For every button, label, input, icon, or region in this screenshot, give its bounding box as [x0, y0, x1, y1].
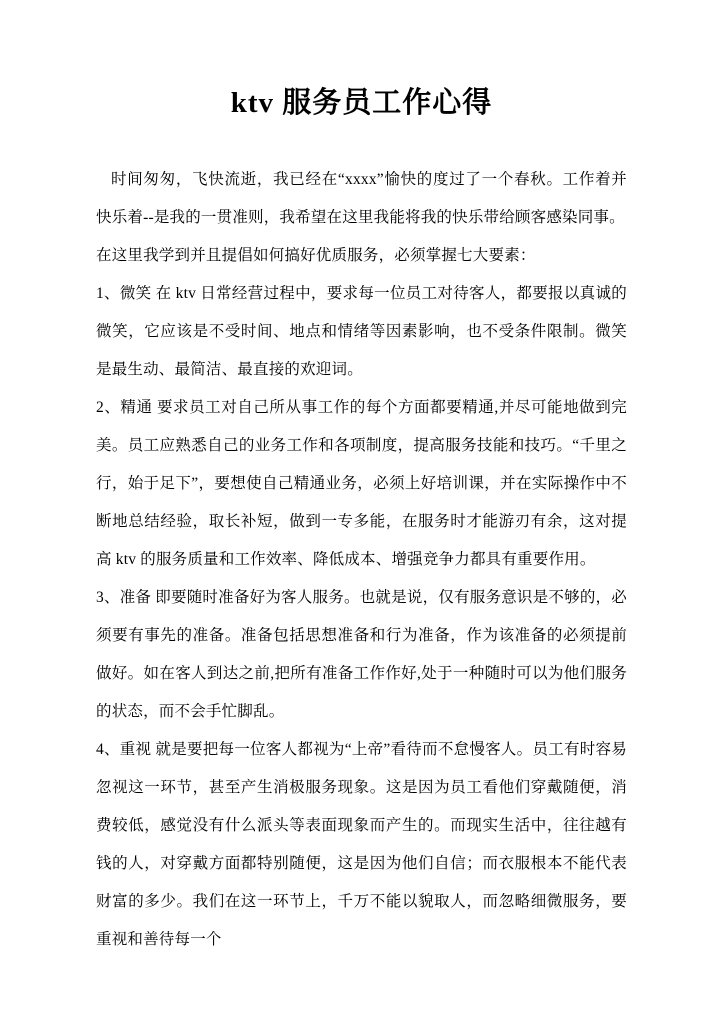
paragraph-preface: 在这里我学到并且提倡如何搞好优质服务，必须掌握七大要素： — [96, 237, 627, 275]
document-title: ktv 服务员工作心得 — [96, 85, 627, 122]
paragraph-point-1-smile: 1、微笑 在 ktv 日常经营过程中，要求每一位员工对待客人，都要报以真诚的微笑… — [96, 275, 627, 389]
document-content: ktv 服务员工作心得 时间匆匆，飞快流逝，我已经在“xxxx”愉快的度过了一个… — [96, 0, 627, 959]
paragraph-point-2-proficiency: 2、精通 要求员工对自己所从事工作的每个方面都要精通,并尽可能地做到完美。员工应… — [96, 389, 627, 579]
document-body: 时间匆匆，飞快流逝，我已经在“xxxx”愉快的度过了一个春秋。工作着并快乐着--… — [96, 161, 627, 959]
document-page: ktv 服务员工作心得 时间匆匆，飞快流逝，我已经在“xxxx”愉快的度过了一个… — [0, 0, 721, 1020]
paragraph-point-4-attention: 4、重视 就是要把每一位客人都视为“上帝”看待而不怠慢客人。员工有时容易忽视这一… — [96, 731, 627, 959]
paragraph-point-3-preparation: 3、准备 即要随时准备好为客人服务。也就是说，仅有服务意识是不够的，必须要有事先… — [96, 579, 627, 731]
paragraph-intro: 时间匆匆，飞快流逝，我已经在“xxxx”愉快的度过了一个春秋。工作着并快乐着--… — [96, 161, 627, 237]
